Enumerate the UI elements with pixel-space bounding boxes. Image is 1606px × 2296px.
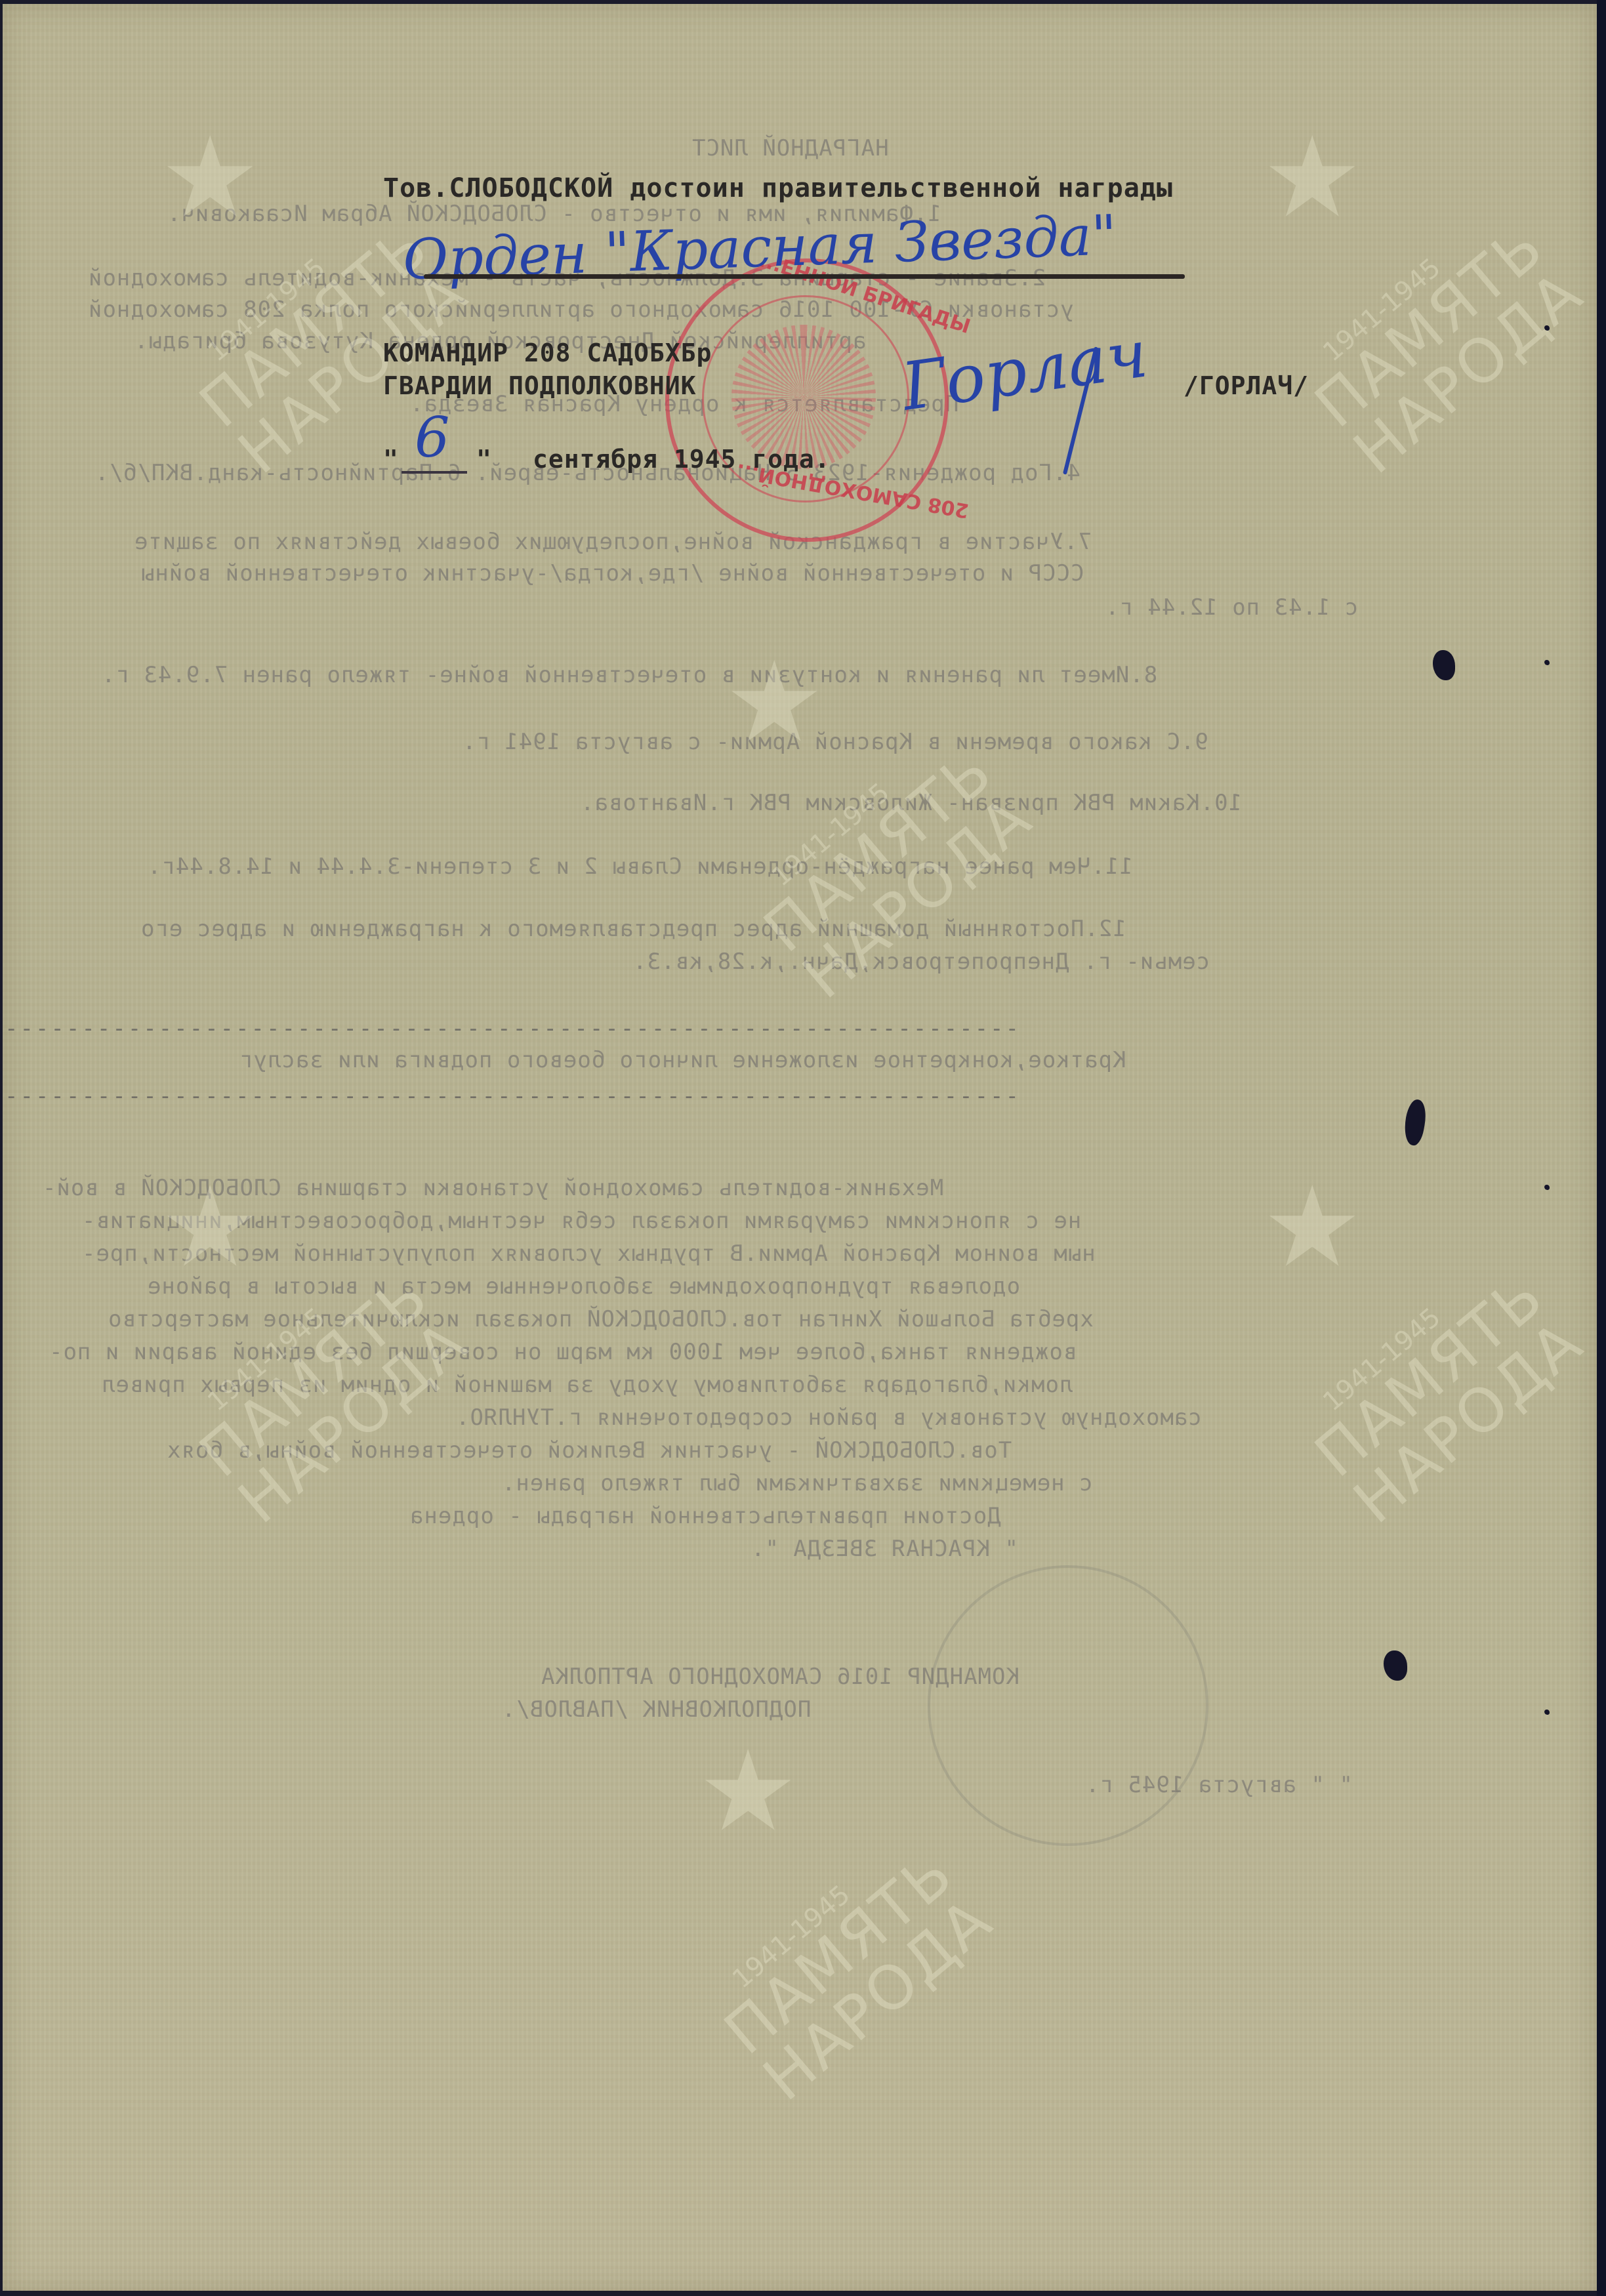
date-quote-open: ": [383, 445, 399, 474]
bleed-divider: ----------------------------------------…: [3, 1083, 1019, 1109]
bleed-line: одолевая труднопроходимые заболоченные м…: [147, 1273, 1020, 1300]
bleed-line: Достоин правительственной награды - орде…: [409, 1503, 1001, 1529]
bleed-line: с 1.43 по 12.44 г.: [1105, 594, 1358, 621]
bleed-line: 12.Постоянный домашний адрес представляе…: [140, 916, 1126, 942]
bleed-divider: ----------------------------------------…: [3, 1015, 1019, 1042]
award-statement: Тов.СЛОБОДСКОЙ достоин правительственной…: [383, 173, 1173, 203]
paper-hole: [1544, 1185, 1550, 1190]
date-text: сентября 1945 года.: [533, 445, 831, 474]
watermark-star-icon: ★: [160, 122, 260, 234]
bleed-line: 7.Участие в гражданской войне,последующи…: [134, 529, 1092, 555]
paper-hole: [1544, 325, 1550, 331]
bleed-line: с немецкими захватчиками был тяжело ране…: [501, 1470, 1093, 1496]
bleed-line: семьи- г. Днепропетровск,Дачн.,к.28,кв.3…: [632, 949, 1210, 975]
watermark-star-icon: ★: [1262, 1172, 1362, 1283]
commander-title-line2: ГВАРДИИ ПОДПОЛКОВНИК: [383, 371, 697, 400]
scan-border: [1597, 0, 1606, 2296]
commander-name: /ГОРЛАЧ/: [1184, 371, 1309, 400]
bleed-line: хребта Большой Хинган тов.СЛОБОДСКОЙ пок…: [108, 1306, 1094, 1332]
date-day-underline: [401, 471, 467, 474]
paper-hole: [1544, 1710, 1550, 1715]
commander-title-line1: КОМАНДИР 208 САДОБХБр: [383, 338, 712, 367]
bleed-line: СССР и отечественной войне /где,когда/-у…: [140, 560, 1084, 586]
ghost-stamp: [928, 1565, 1208, 1846]
document-page: НАГРАДНОЙ ЛИСТ 1.Фамилия, имя и отчество…: [3, 4, 1597, 2291]
watermark-star-icon: ★: [1262, 122, 1362, 234]
bleed-line: Краткое,конкретное изложение личного бое…: [239, 1047, 1126, 1073]
paper-hole: [1544, 660, 1550, 665]
watermark-star-icon: ★: [724, 647, 824, 758]
bleed-header: НАГРАДНОЙ ЛИСТ: [691, 135, 889, 161]
bleed-line: 9.С какого времени в Красной Армии- с ав…: [462, 729, 1208, 755]
watermark-star-icon: ★: [698, 1736, 798, 1847]
bleed-line: 8.Имеет ли ранения и контузии в отечеств…: [101, 662, 1157, 688]
bleed-line: ПОДПОЛКОВНИК /ПАВЛОВ/.: [501, 1696, 811, 1723]
watermark-star-icon: ★: [160, 1172, 260, 1283]
bleed-line: самоходную установку в район сосредоточе…: [455, 1404, 1202, 1431]
award-underline: [424, 274, 1185, 279]
date-quote-close: ": [476, 445, 492, 474]
bleed-line: вождения танка,более чем 1000 км марш он…: [49, 1339, 1077, 1365]
date-day-handwritten: 6: [415, 405, 449, 470]
bleed-line: " КРАСНАЯ ЗВЕЗДА ".: [751, 1536, 1018, 1562]
